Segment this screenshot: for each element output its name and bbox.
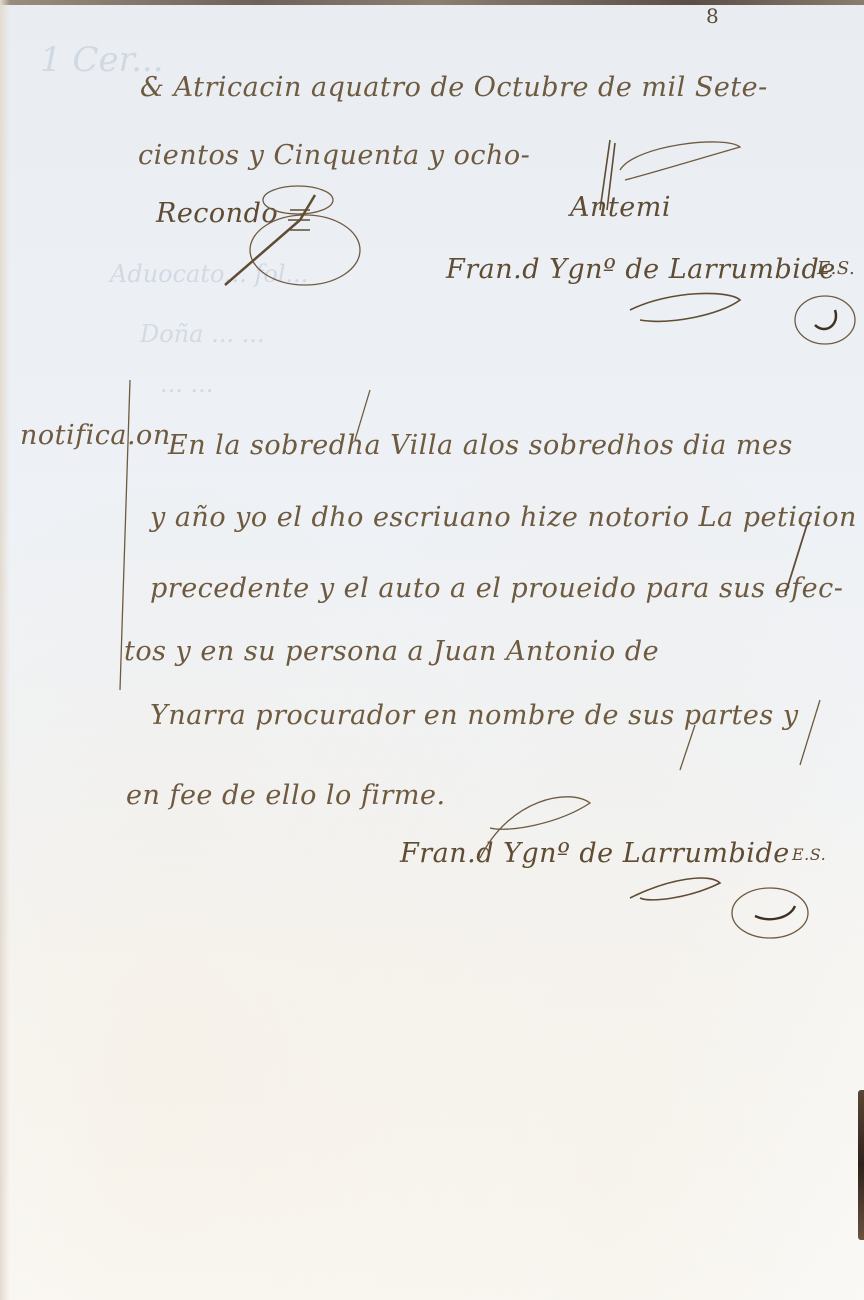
text-line: y año yo el dho escriuano hize notorio L…	[150, 502, 857, 533]
text-line: tos y en su persona a Juan Antonio de	[124, 636, 659, 667]
bleed-through-line: ... ...	[160, 370, 213, 398]
page-top-edge	[0, 0, 864, 5]
text-line: cientos y Cinquenta y ocho-	[138, 140, 530, 171]
bleed-through-line: Doña ... ...	[140, 320, 265, 348]
escribano-mark: E.S.	[817, 258, 855, 279]
escribano-mark: E.S.	[792, 845, 826, 864]
folio-number: 8	[706, 4, 719, 28]
signature-larrumbide-final: Fran.d Ygnº de Larrumbide	[400, 838, 790, 869]
signature-larrumbide: Fran.d Ygnº de Larrumbide	[446, 254, 836, 285]
text-line: en fee de ello lo firme.	[126, 780, 446, 811]
page-left-edge	[0, 0, 10, 1300]
text-line: Ynarra procurador en nombre de sus parte…	[150, 700, 799, 731]
text-line: En la sobredha Villa alos sobredhos dia …	[168, 430, 793, 461]
text-line: precedente y el auto a el proueido para …	[150, 573, 843, 604]
signature-recondo: Recondo	[156, 198, 278, 229]
rubric-flourish-icon	[610, 280, 860, 354]
page-right-edge-shadow	[858, 1090, 864, 1240]
signature-antemi: Antemi	[570, 192, 671, 223]
bleed-through-line: Aduocato... fol...	[110, 260, 308, 288]
manuscript-page: 1 Cer... Aduocato... fol... Doña ... ...…	[0, 0, 864, 1300]
text-line: & Atricacin aquatro de Octubre de mil Se…	[140, 72, 768, 103]
margin-note-notificacion: notifica.on	[20, 420, 171, 451]
